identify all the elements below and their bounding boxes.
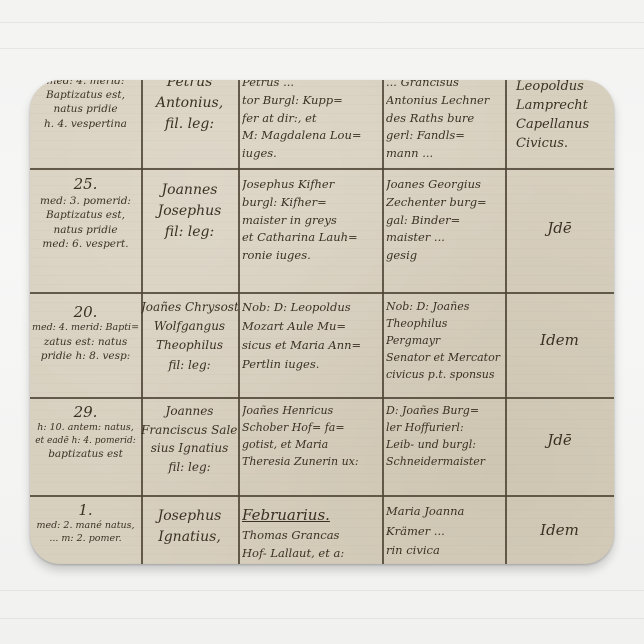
text-line: Pergmayr (386, 332, 505, 349)
month-heading: Februarius. (242, 504, 382, 527)
text-line: Idem (505, 330, 614, 350)
text-line: Josephus Kifher (242, 176, 382, 194)
text-line: Josephus (141, 506, 238, 527)
text-line: Antonius Lechner (386, 92, 505, 110)
text-line: med: 3. pomerid: (30, 194, 141, 208)
text-line: Schneidermaister (386, 453, 505, 470)
text-line: Franciscus Sale= (141, 421, 238, 440)
text-line: Zechenter burg= (386, 194, 505, 212)
text-line: gerl: Fandls= (386, 127, 505, 145)
row-divider (30, 168, 614, 170)
text-line: sius Ignatius (141, 439, 238, 458)
text-line: Mozart Aule Mu= (242, 317, 382, 336)
text-line: zatus est: natus (30, 335, 141, 349)
text-line: Theophilus (141, 336, 238, 355)
text-line: Nob: D: Joañes (386, 298, 505, 315)
text-line: gesig (386, 247, 505, 265)
text-line: Jdē (505, 218, 614, 238)
wood-grain (0, 48, 644, 49)
register-parents-cell: Josephus Kifher burgl: Kifher= maister i… (242, 176, 382, 265)
register-child-cell: Joannes Franciscus Sale= sius Ignatius f… (141, 402, 238, 476)
text-line: Senator et Mercator (386, 349, 505, 366)
text-line: Jdē (505, 430, 614, 450)
text-line: ler Hoffurierl: (386, 419, 505, 436)
text-line: Theophilus (386, 315, 505, 332)
row-divider (30, 495, 614, 497)
day-number: 29. (30, 402, 141, 422)
text-line: Petrus ... (242, 80, 382, 92)
text-line: rin civica (386, 541, 505, 561)
text-line: Joannes (141, 180, 238, 201)
text-line: Joañes Henricus (242, 402, 382, 419)
text-line: Baptizatus est, (30, 88, 141, 102)
register-parents-cell: Petrus ... tor Burgl: Kupp= fer at dir:,… (242, 80, 382, 163)
text-line: med: 6. vespert. (30, 237, 141, 251)
text-line: med: 4. merid: (30, 80, 141, 88)
row-divider (30, 292, 614, 294)
register-date-cell: 20. med: 4. merid: Bapti= zatus est: nat… (30, 302, 141, 363)
day-number: 25. (30, 174, 141, 194)
text-line: Lamprecht (516, 97, 614, 116)
register-date-cell: med: 4. merid: Baptizatus est, natus pri… (30, 80, 141, 131)
text-line: iuges. (242, 145, 382, 163)
register-godparents-cell: D: Joañes Burg= ler Hoffurierl: Leib- un… (386, 402, 505, 470)
register-date-cell: 25. med: 3. pomerid: Baptizatus est, nat… (30, 174, 141, 251)
wood-grain (0, 590, 644, 591)
register-officiant-cell: Jdē (505, 430, 614, 450)
text-line: pridie h: 8. vesp: (30, 349, 141, 363)
text-line: Wolfgangus (141, 317, 238, 336)
text-line: h: 10. antem: natus, (30, 422, 141, 435)
wood-grain (0, 618, 644, 619)
text-line: M: Magdalena Lou= (242, 127, 382, 145)
text-line: Ignatius, (141, 527, 238, 548)
text-line: natus pridie (30, 223, 141, 237)
register-child-cell: Petrus Antonius, fil. leg: (141, 80, 238, 135)
register-godparents-cell: Nob: D: Joañes Theophilus Pergmayr Senat… (386, 298, 505, 383)
register-godparents-cell: Maria Joanna Krämer ... rin civica (386, 502, 505, 561)
day-number: 1. (30, 500, 141, 520)
text-line: Schober Hof= fa= (242, 419, 382, 436)
text-line: mann ... (386, 145, 505, 163)
text-line: Nob: D: Leopoldus (242, 298, 382, 317)
column-divider (505, 80, 507, 564)
register-child-cell: Joañes Chrysost: Wolfgangus Theophilus f… (141, 298, 238, 375)
text-line: Maria Joanna (386, 502, 505, 522)
text-line: Krämer ... (386, 522, 505, 542)
text-line: fil: leg: (141, 458, 238, 477)
register-officiant-cell: Jdē (505, 218, 614, 238)
text-line: sicus et Maria Ann= (242, 336, 382, 355)
text-line: Leopoldus (516, 80, 614, 97)
text-line: et Catharina Lauh= (242, 229, 382, 247)
text-line: Hof- Lallaut, et a: (242, 545, 382, 563)
text-line: Leib- und burgl: (386, 436, 505, 453)
text-line: gal: Binder= (386, 212, 505, 230)
register-date-cell: 29. h: 10. antem: natus, et eadē h: 4. p… (30, 402, 141, 461)
text-line: des Raths bure (386, 110, 505, 128)
mousepad: med: 4. merid: Baptizatus est, natus pri… (30, 80, 614, 564)
text-line: fil. leg: (141, 114, 238, 135)
text-line: baptizatus est (30, 447, 141, 461)
register-officiant-cell: Idem (505, 520, 614, 540)
text-line: Capellanus (516, 116, 614, 135)
text-line: Petrus (141, 80, 238, 93)
text-line: Antonius, (141, 93, 238, 114)
text-line: h. 4. vespertina (30, 117, 141, 131)
text-line: ... Grancisus (386, 80, 505, 92)
text-line: med: 2. mané natus, (30, 520, 141, 533)
text-line: maister in greys (242, 212, 382, 230)
text-line: Joannes (141, 402, 238, 421)
text-line: maister ... (386, 229, 505, 247)
register-officiant-cell: Idem (505, 330, 614, 350)
register-officiant-cell: Leopoldus Lamprecht Capellanus Civicus. (508, 80, 614, 153)
register-parents-cell: Joañes Henricus Schober Hof= fa= gotist,… (242, 402, 382, 470)
register-child-cell: Josephus Ignatius, (141, 506, 238, 548)
text-line: natus pridie (30, 102, 141, 116)
register-godparents-cell: Joanes Georgius Zechenter burg= gal: Bin… (386, 176, 505, 265)
register-parents-cell: Februarius. Thomas Grancas Hof- Lallaut,… (242, 504, 382, 563)
register-godparents-cell: ... Grancisus Antonius Lechner des Raths… (386, 80, 505, 163)
text-line: burgl: Kifher= (242, 194, 382, 212)
text-line: med: 4. merid: Bapti= (30, 322, 141, 335)
wood-grain (0, 22, 644, 23)
text-line: fer at dir:, et (242, 110, 382, 128)
text-line: ... m: 2. pomer. (30, 533, 141, 546)
register-child-cell: Joannes Josephus fil: leg: (141, 180, 238, 243)
text-line: Joanes Georgius (386, 176, 505, 194)
text-line: gotist, et Maria (242, 436, 382, 453)
text-line: Thomas Grancas (242, 527, 382, 545)
text-line: Joañes Chrysost: (141, 298, 238, 317)
column-divider (382, 80, 384, 564)
text-line: Pertlin iuges. (242, 355, 382, 374)
text-line: Josephus (141, 201, 238, 222)
text-line: ronie iuges. (242, 247, 382, 265)
text-line: Idem (505, 520, 614, 540)
text-line: et eadē h: 4. pomerid: (30, 435, 141, 447)
text-line: Civicus. (516, 135, 614, 154)
text-line: fil: leg: (141, 356, 238, 375)
row-divider (30, 397, 614, 399)
text-line: Theresia Zunerin ux: (242, 453, 382, 470)
text-line: fil: leg: (141, 222, 238, 243)
day-number: 20. (30, 302, 141, 322)
text-line: Baptizatus est, (30, 208, 141, 222)
column-divider (238, 80, 240, 564)
text-line: tor Burgl: Kupp= (242, 92, 382, 110)
register-date-cell: 1. med: 2. mané natus, ... m: 2. pomer. (30, 500, 141, 546)
register-parents-cell: Nob: D: Leopoldus Mozart Aule Mu= sicus … (242, 298, 382, 374)
text-line: civicus p.t. sponsus (386, 366, 505, 383)
text-line: D: Joañes Burg= (386, 402, 505, 419)
